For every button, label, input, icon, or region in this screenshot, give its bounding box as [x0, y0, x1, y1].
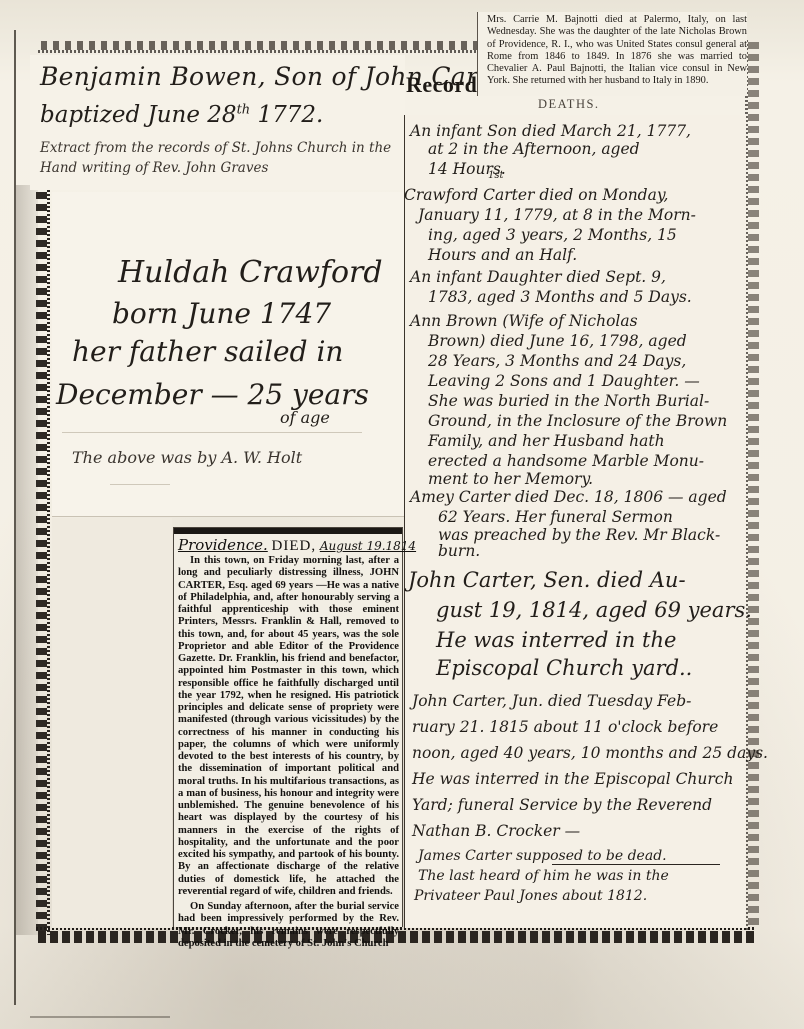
death-record-line: She was buried in the North Burial- — [428, 392, 709, 410]
death-record-line: Family, and her Husband hath — [428, 432, 665, 450]
bowen-note-sup: th — [237, 102, 251, 117]
death-record-line: noon, aged 40 years, 10 months and 25 da… — [412, 744, 768, 762]
huldah-note-line: Huldah Crawford — [118, 255, 383, 290]
underline-mark — [552, 864, 720, 865]
death-record-line: burn. — [438, 542, 480, 560]
death-record-line: 62 Years. Her funeral Sermon — [438, 508, 673, 526]
death-record-line: gust 19, 1814, aged 69 years. — [436, 598, 752, 622]
death-record-line: ruary 21. 1815 about 11 o'clock before — [412, 718, 718, 736]
deaths-heading: DEATHS. — [538, 97, 600, 112]
huldah-note-attribution: The above was by A. W. Holt — [72, 448, 302, 467]
bowen-note-text: baptized June 28 — [40, 102, 237, 128]
death-record-line: An infant Daughter died Sept. 9, — [410, 268, 666, 286]
bowen-note-baptism-date: baptized June 28th 1772. — [40, 102, 323, 128]
death-record-line: Crawford Carter died on Monday, — [404, 186, 668, 204]
page-edge-bottom — [30, 1016, 170, 1018]
death-record-line: was preached by the Rev. Mr Black- — [438, 526, 720, 544]
huldah-note-line: December — 25 years — [56, 378, 369, 411]
death-record-line: Privateer Paul Jones about 1812. — [414, 888, 647, 904]
death-record-line: Hours and an Half. — [428, 246, 577, 264]
death-record-line: John Carter, Jun. died Tuesday Feb- — [412, 692, 691, 710]
death-record-line: 28 Years, 3 Months and 24 Days, — [428, 352, 686, 370]
ornamental-border-right — [745, 40, 759, 930]
bajnotti-clipping: Mrs. Carrie M. Bajnotti died at Palermo,… — [477, 12, 747, 96]
ornamental-border-left — [36, 190, 50, 935]
bowen-note-year: 1772. — [250, 102, 323, 128]
obituary-body: In this town, on Friday morning last, af… — [178, 555, 399, 950]
death-record-line: He was interred in the Episcopal Church — [412, 770, 733, 788]
death-record-line: 1783, aged 3 Months and 5 Days. — [428, 288, 692, 306]
death-record-line: Brown) died June 16, 1798, aged — [428, 332, 687, 350]
scrapbook-page: Benjamin Bowen, Son of John Carter, bapt… — [0, 0, 804, 1029]
obituary-paragraph: On Sunday afternoon, after the burial se… — [178, 901, 399, 950]
faint-rule — [62, 432, 362, 433]
death-record-line: at 2 in the Afternoon, aged — [428, 140, 640, 158]
death-record-line: Yard; funeral Service by the Reverend — [412, 796, 712, 814]
death-record-line: Amey Carter died Dec. 18, 1806 — aged — [410, 488, 727, 506]
obituary-paragraph: In this town, on Friday morning last, af… — [178, 555, 399, 898]
obituary-place: Providence. — [178, 536, 268, 554]
death-record-line: Nathan B. Crocker — — [412, 822, 580, 840]
ornamental-border-top — [38, 41, 478, 53]
obituary-died-label: DIED, — [272, 538, 317, 554]
death-record-sup: 1st — [488, 170, 504, 181]
death-record-line: He was interred in the — [436, 628, 676, 652]
death-record-line: Leaving 2 Sons and 1 Daughter. — — [428, 372, 700, 390]
obituary-clipping: Providence. DIED, August 19.1814 In this… — [173, 527, 403, 927]
page-shadow — [16, 185, 38, 935]
huldah-note-line: born June 1747 — [112, 297, 331, 330]
death-record-line: ment to her Memory. — [428, 470, 593, 488]
bowen-note-source-author: Hand writing of Rev. John Graves — [40, 160, 268, 176]
death-record-line: Ground, in the Inclosure of the Brown — [428, 412, 727, 430]
bowen-note-source: Extract from the records of St. Johns Ch… — [40, 140, 391, 156]
death-record-line: ing, aged 3 years, 2 Months, 15 — [428, 226, 677, 244]
death-record-line: John Carter, Sen. died Au- — [408, 568, 686, 592]
death-record-line: Ann Brown (Wife of Nicholas — [410, 312, 638, 330]
obituary-heading: Providence. DIED, August 19.1814 — [178, 536, 399, 555]
death-record-line: James Carter supposed to be dead. — [418, 848, 667, 864]
death-record-line: The last heard of him he was in the — [418, 868, 669, 884]
death-record-line: erected a handsome Marble Monu- — [428, 452, 704, 470]
faint-rule — [110, 484, 170, 485]
obituary-date: August 19.1814 — [320, 539, 416, 553]
huldah-note-line: of age — [280, 408, 330, 427]
death-record-line: Episcopal Church yard.. — [436, 656, 692, 680]
blank-panel — [52, 518, 172, 928]
clipping-rule — [174, 528, 402, 534]
death-record-line: An infant Son died March 21, 1777, — [410, 122, 691, 140]
huldah-note-line: her father sailed in — [72, 335, 343, 368]
record-title: Record. — [406, 72, 483, 98]
death-record-line: January 11, 1779, at 8 in the Morn- — [418, 206, 696, 224]
